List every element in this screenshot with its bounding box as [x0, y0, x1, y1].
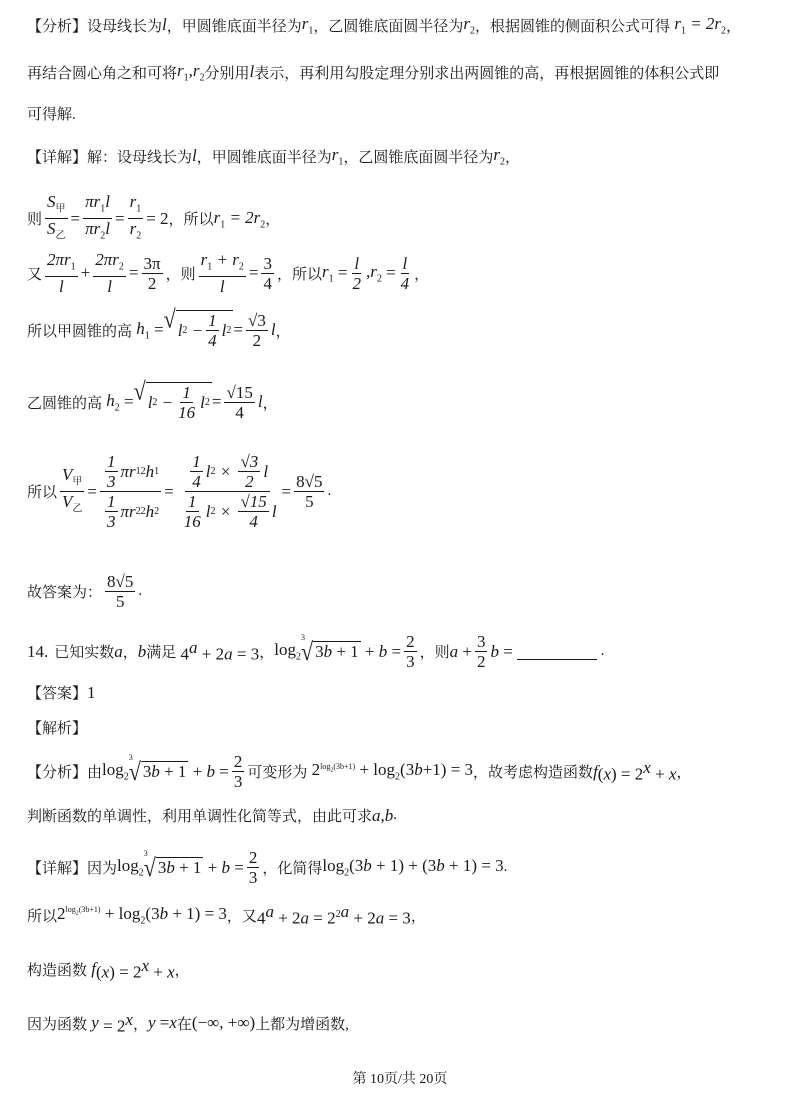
text: 表示，再利用勾股定理分别求出两圆锥的高，再根据圆锥的体积公式即	[254, 62, 719, 83]
fraction-volume-formula: 13πr12h1 13πr22h2	[100, 452, 161, 531]
fraction-r1-plus-r2-l: r1 + r2l	[199, 250, 246, 296]
fraction-3-4: 34	[261, 254, 274, 293]
fraction-3pi-2: 3π2	[142, 254, 163, 293]
text: 乙圆锥的高	[27, 392, 102, 413]
text: ，故考虑构造函数	[473, 761, 593, 782]
q14-jiexi: 【解析】	[27, 717, 87, 738]
text: ，又	[227, 905, 257, 926]
text: 因为	[87, 857, 117, 878]
q13-analysis-line2: 再结合圆心角之和可将 r1,r2 分别用 l 表示，再利用勾股定理分别求出两圆锥…	[27, 61, 719, 83]
jiexi-tag: 【解析】	[27, 717, 87, 738]
math-r1-eq-2r2: r1 = 2r2	[670, 14, 726, 36]
text: ，则	[166, 263, 196, 284]
text: 所以	[27, 481, 57, 502]
fraction-2pi-r2-l: 2πr2l	[93, 250, 126, 296]
math-r1-eq-2r2: r1 = 2r2	[214, 208, 266, 230]
text: 设母线长为	[87, 15, 162, 36]
math-r1-r2: r1,r2	[177, 61, 205, 83]
text: 所以甲圆锥的高	[27, 320, 132, 341]
q13-analysis-line1: 【分析】 设母线长为 l ，甲圆锥底面半径为 r1 ，乙圆锥底面圆半径为 r2 …	[27, 14, 741, 36]
text: 可得解.	[27, 103, 76, 124]
q13-analysis-line3: 可得解.	[27, 103, 76, 124]
q14-detail-line1: 【详解】 因为 log2 3√3b + 1 + b = 23 ，化简得 log2…	[27, 848, 507, 887]
text: 构造函数	[27, 959, 87, 980]
fraction-sqrt3-2: √32	[246, 311, 268, 350]
math-r1: r1	[302, 14, 314, 36]
text: 满足	[146, 641, 176, 662]
text: 在	[177, 1013, 192, 1034]
fraction-l-4: l4	[399, 254, 412, 293]
text: 上都为增函数,	[255, 1013, 349, 1034]
text: 由	[87, 761, 102, 782]
q14-analysis-line2: 判断函数的单调性，利用单调性化简等式，由此可求 a,b.	[27, 805, 397, 826]
text: 可变形为	[247, 761, 307, 782]
fraction-8sqrt5-5: 8√55	[294, 472, 324, 511]
text: 则	[27, 208, 42, 229]
text: 又	[27, 263, 42, 284]
text: ，所以	[277, 263, 322, 284]
fraction-pi-r-l: πr1lπr2l	[83, 192, 112, 246]
text: ，乙圆锥底面圆半径为	[313, 15, 463, 36]
text: ，根据圆锥的侧面积公式可得	[475, 15, 670, 36]
q13-answer-line: 故答案为： 8√55.	[27, 572, 142, 611]
text: 所以	[27, 905, 57, 926]
question-number: 14.	[27, 642, 48, 662]
sqrt-expression: √l2 −116l2	[134, 382, 212, 422]
text: ，甲圆锥底面半径为	[197, 146, 332, 167]
fraction-S-ratio: S甲S乙	[45, 192, 68, 246]
fraction-sqrt15-4: √154	[224, 383, 254, 422]
text: 再结合圆心角之和可将	[27, 62, 177, 83]
fraction-r1-r2: r1r2	[128, 192, 144, 246]
q13-h1-line: 所以甲圆锥的高 h1 = √l2 −14l2 = √32l，	[27, 310, 291, 350]
text: 故答案为：	[27, 581, 102, 602]
answer-blank	[517, 643, 597, 660]
math-r2: r2	[493, 145, 505, 167]
cube-root: 3√3b + 1	[301, 641, 361, 663]
q14-detail-line2: 所以 2log2(3b+1) + log2(3b + 1) = 3 ，又 4a …	[27, 902, 426, 929]
q13-ratio-line: 则 S甲S乙 = πr1lπr2l = r1r2 = 2 ，所以 r1 = 2r…	[27, 192, 280, 246]
q14-detail-line3: 构造函数 f(x) = 2x + x，	[27, 956, 190, 983]
text: ，甲圆锥底面半径为	[167, 15, 302, 36]
q13-detail-line1: 【详解】 解：设母线长为 l ，甲圆锥底面半径为 r1 ，乙圆锥底面圆半径为 r…	[27, 145, 520, 167]
text: 判断函数的单调性，利用单调性化简等式，由此可求	[27, 805, 372, 826]
answer-value: 1	[87, 683, 96, 703]
fraction-2pi-r1-l: 2πr1l	[45, 250, 78, 296]
math-r2: r2	[463, 14, 475, 36]
q14-stem: 14. 已知实数 a，b 满足 4a + 2a = 3， log2 3√3b +…	[27, 632, 605, 671]
text: ，化简得	[262, 857, 322, 878]
sqrt-expression: √l2 −14l2	[164, 310, 234, 350]
page-footer: 第 10页/共 20页	[0, 1068, 800, 1088]
fraction-V-ratio: V甲V乙	[60, 465, 84, 519]
answer-fraction: 8√55	[105, 572, 135, 611]
q13-h2-line: 乙圆锥的高 h2 = √l2 −116l2 = √154l，	[27, 382, 278, 422]
answer-tag: 【答案】	[27, 682, 87, 703]
analysis-tag: 【分析】	[27, 15, 87, 36]
text: 因为函数	[27, 1013, 87, 1034]
detail-tag: 【详解】	[27, 857, 87, 878]
text: 解：设母线长为	[87, 146, 192, 167]
text: 已知实数	[54, 641, 114, 662]
detail-tag: 【详解】	[27, 146, 87, 167]
q14-answer: 【答案】 1	[27, 682, 96, 703]
q14-detail-line4: 因为函数 y = 2x， y = x 在 (−∞, +∞) 上都为增函数,	[27, 1010, 349, 1037]
text: ，所以	[169, 208, 214, 229]
text: ，乙圆锥底面圆半径为	[343, 146, 493, 167]
q13-arc-line: 又 2πr1l + 2πr2l = 3π2 ，则 r1 + r2l = 34 ，…	[27, 250, 429, 296]
q13-volume-line: 所以 V甲V乙 = 13πr12h1 13πr22h2 = 14l2 × √32…	[27, 452, 331, 531]
fraction-l-2: l2	[350, 254, 363, 293]
text: 分别用	[205, 62, 250, 83]
text: ，则	[420, 641, 450, 662]
fraction-volume-substituted: 14l2 × √32l 116l2 × √154l	[177, 452, 279, 531]
math-r1: r1	[332, 145, 344, 167]
analysis-tag: 【分析】	[27, 761, 87, 782]
q14-analysis-line1: 【分析】 由 log2 3√3b + 1 + b = 23 可变形为 2log2…	[27, 752, 691, 791]
